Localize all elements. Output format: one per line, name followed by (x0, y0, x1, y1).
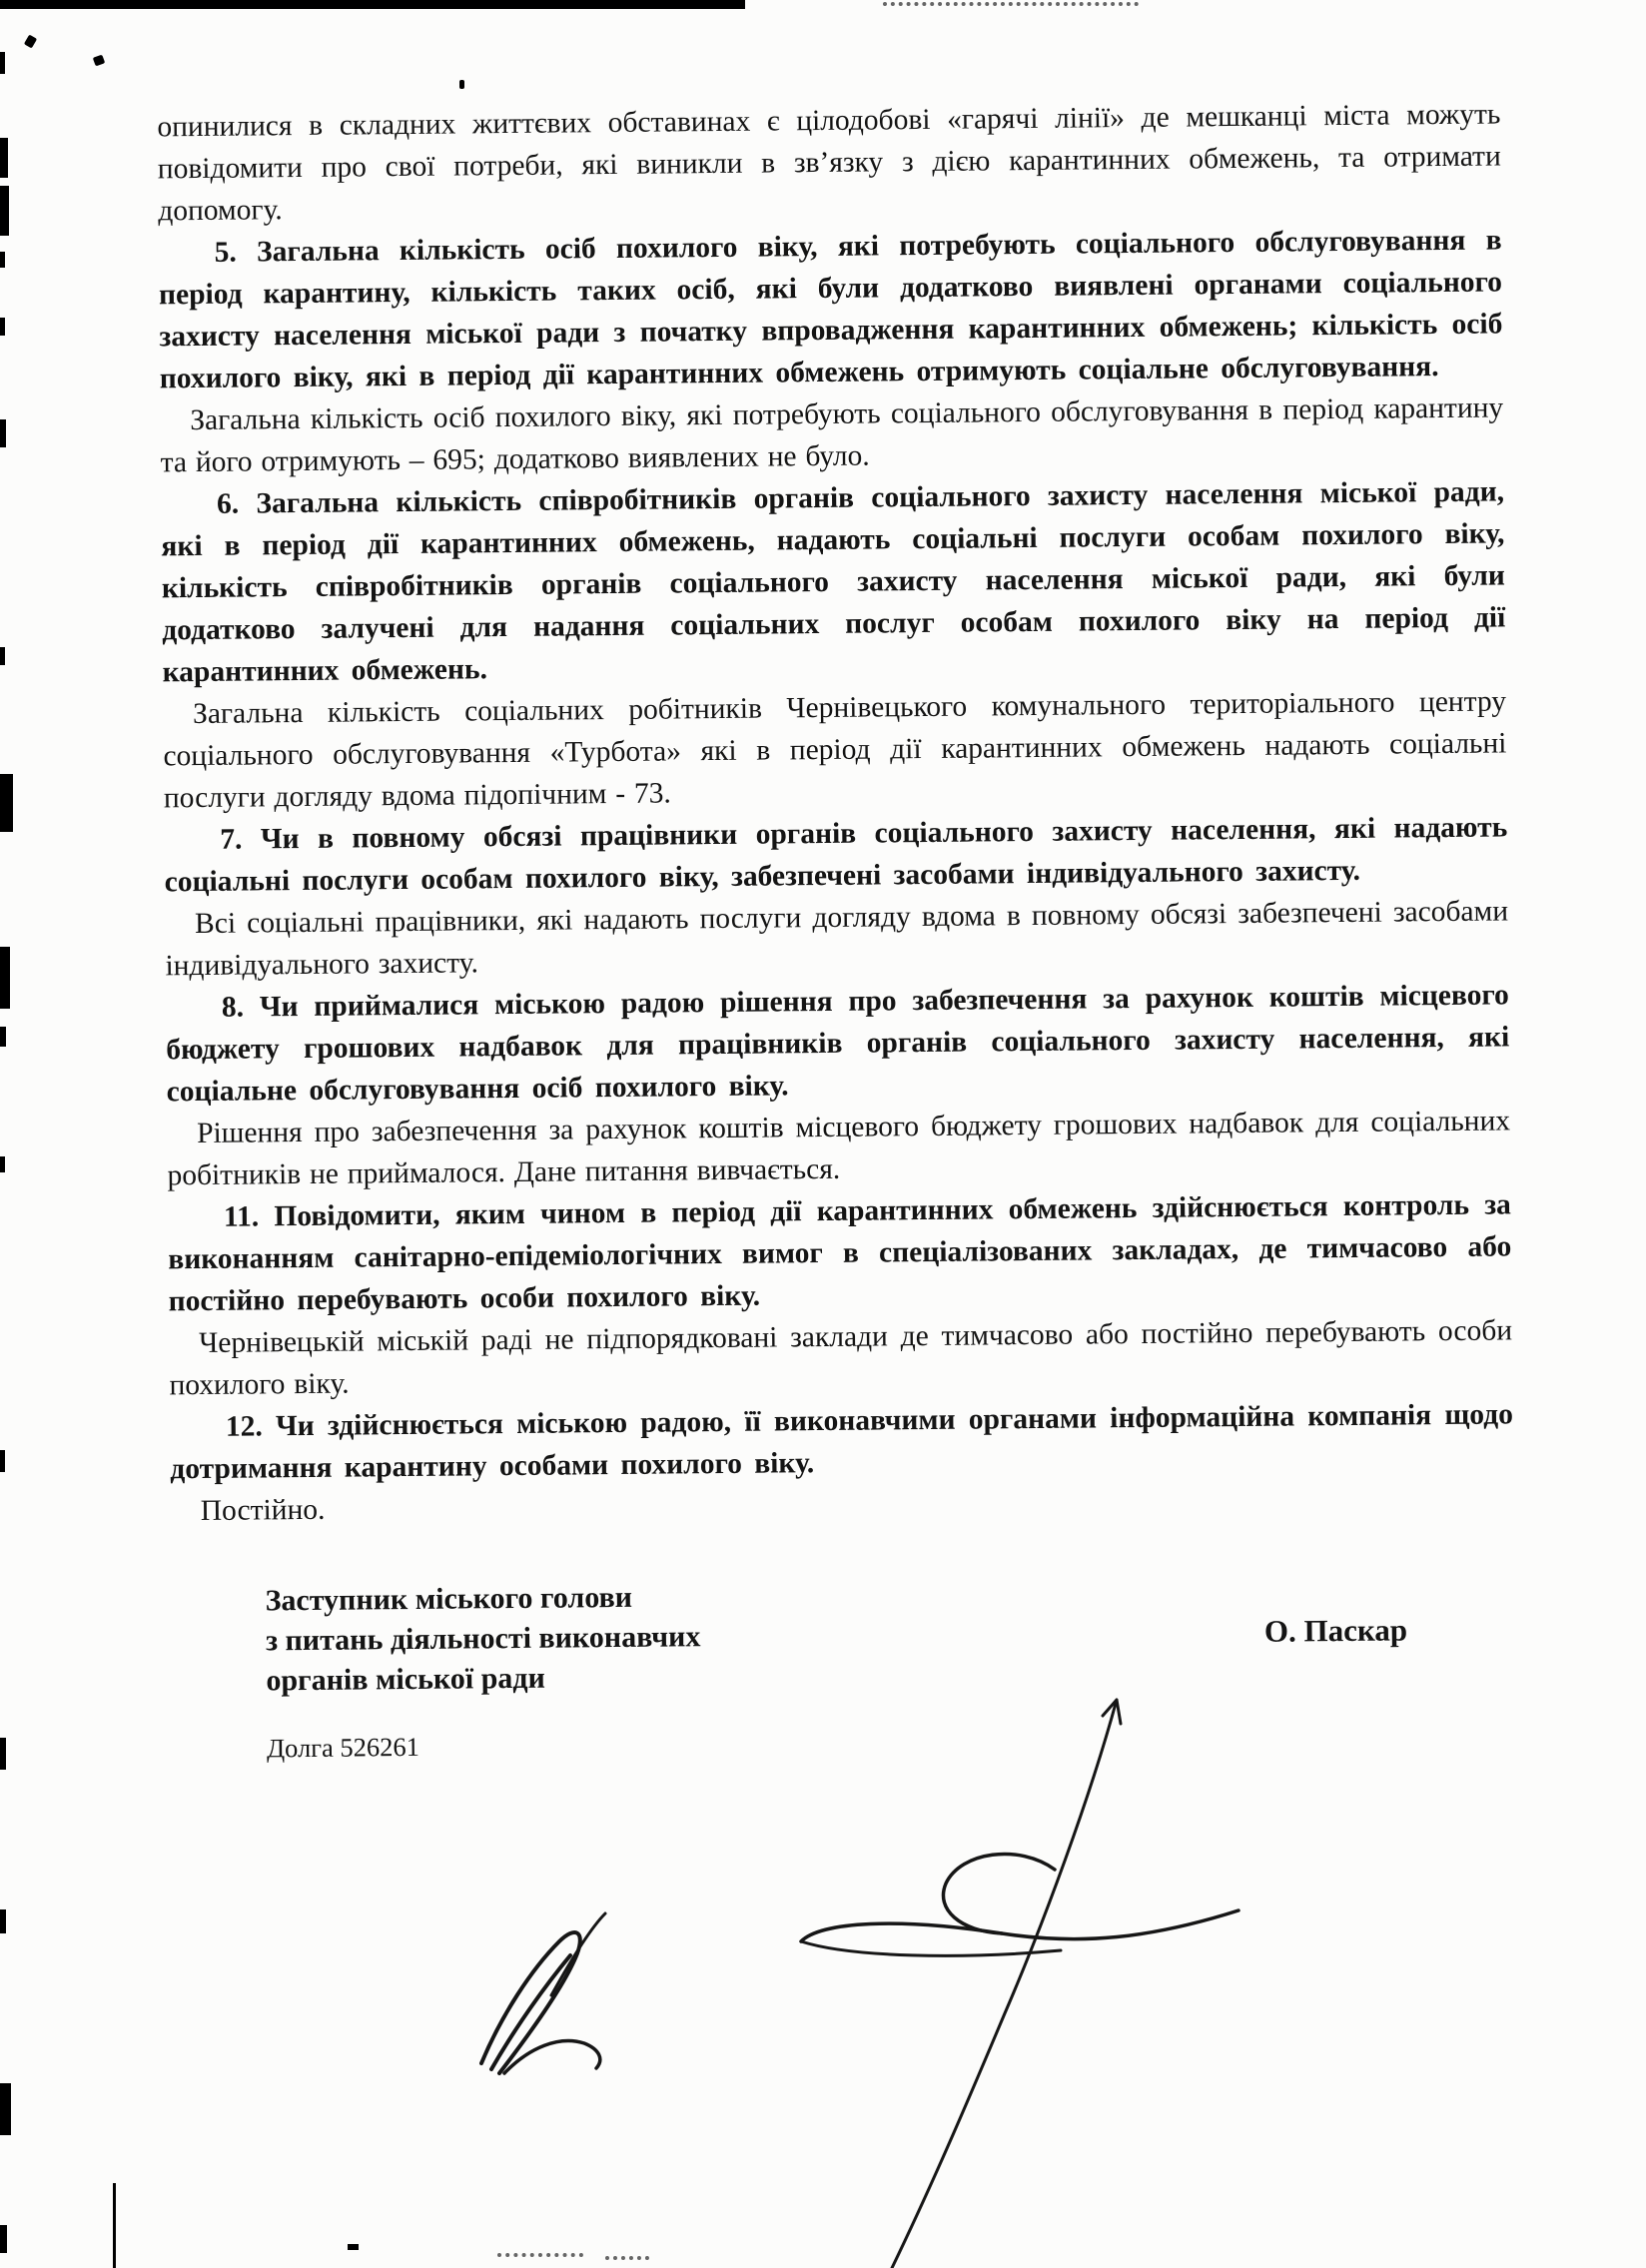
paragraph-continuation: опинилися в складних життєвих обставинах… (157, 93, 1501, 232)
answer-7: Всі соціальні працівники, які надають по… (165, 890, 1509, 987)
question-6: 6. Загальна кількість співробітників орг… (161, 470, 1506, 693)
signature-block: Заступник міського голови з питань діяль… (171, 1569, 1516, 1765)
question-7: 7. Чи в повному обсязі працівники органі… (164, 806, 1508, 903)
scan-artifact-speck (348, 2244, 359, 2250)
answer-8: Рішення про забезпечення за рахунок кошт… (167, 1100, 1511, 1196)
scan-artifact-left-edge (0, 2225, 7, 2253)
scan-artifact-bottom-line (113, 2183, 116, 2268)
main-signature-stroke (801, 1700, 1238, 2268)
scan-artifact-left-edge (0, 1738, 6, 1770)
answer-11: Чернівецькій міській раді не підпорядков… (169, 1309, 1513, 1406)
scanned-document-page: опинилися в складних життєвих обставинах… (0, 0, 1646, 2268)
signatory-name: О. Паскар (1264, 1612, 1407, 1649)
document-body: опинилися в складних життєвих обставинах… (0, 0, 1646, 1767)
answer-5: Загальна кількість осіб похилого віку, я… (160, 386, 1504, 483)
executor-reference: Долга 526261 (267, 1721, 1516, 1764)
question-5: 5. Загальна кількість осіб похилого віку… (158, 219, 1503, 399)
answer-6: Загальна кількість соціальних робітників… (163, 680, 1507, 819)
scan-artifact-bottom-dots (497, 2253, 583, 2257)
question-8: 8. Чи приймалися міською радою рішення п… (166, 974, 1510, 1113)
question-11: 11. Повідомити, яким чином в період дії … (168, 1183, 1512, 1322)
scan-artifact-left-edge (0, 1909, 6, 1933)
scan-artifact-left-edge (0, 2083, 11, 2135)
scan-artifact-bottom-dots (605, 2256, 649, 2260)
secondary-signature-stroke (481, 1913, 605, 2073)
scan-artifact-left-edge (0, 1450, 5, 1472)
question-12: 12. Чи здійснюється міською радою, її ви… (170, 1393, 1514, 1490)
